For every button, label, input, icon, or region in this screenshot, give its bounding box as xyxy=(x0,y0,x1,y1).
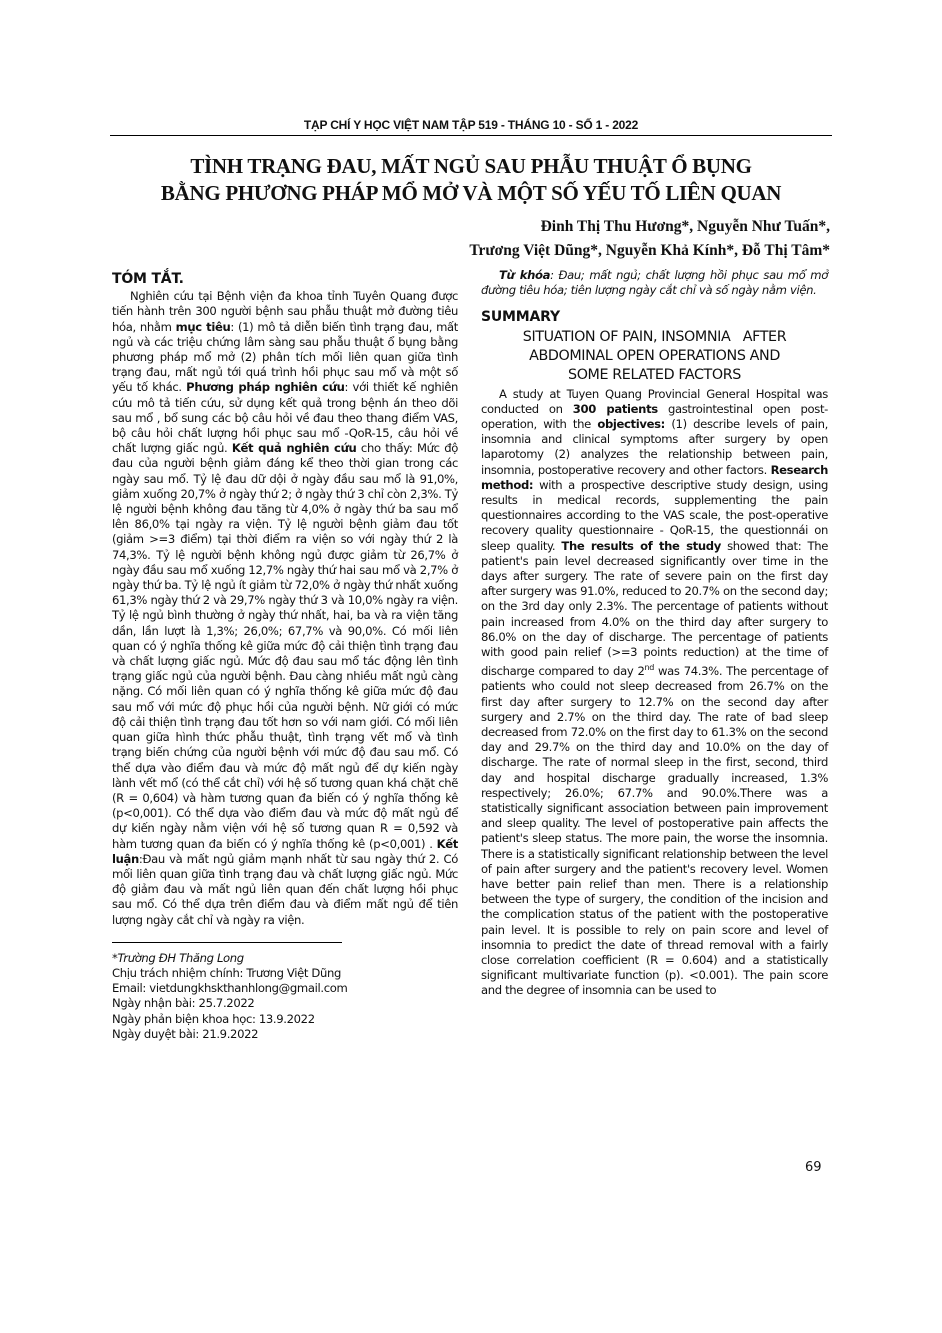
authors-line-1: Đinh Thị Thu Hương*, Nguyễn Như Tuấn*, xyxy=(230,215,830,239)
summary-heading: SUMMARY xyxy=(481,310,828,325)
running-head: TẠP CHÍ Y HỌC VIỆT NAM TẬP 519 - THÁNG 1… xyxy=(110,118,832,136)
email: Email: vietdungkhskthanhlong@gmail.com xyxy=(112,981,458,996)
summary-title: SITUATION OF PAIN, INSOMNIA AFTER ABDOMI… xyxy=(481,328,828,385)
keywords-label: Từ khóa xyxy=(499,268,550,282)
title-line-2: BẰNG PHƯƠNG PHÁP MỔ MỞ VÀ MỘT SỐ YẾU TỐ … xyxy=(110,180,832,207)
authors-line-2: Trương Việt Dũng*, Nguyễn Khả Kính*, Đỗ … xyxy=(230,239,830,263)
date-accepted: Ngày duyệt bài: 21.9.2022 xyxy=(112,1027,458,1042)
keywords-paragraph: Từ khóa: Đau; mất ngủ; chất lượng hồi ph… xyxy=(481,268,828,298)
page-number: 69 xyxy=(805,1160,822,1175)
abstract-vi-body: Nghiên cứu tại Bệnh viện đa khoa tỉnh Tu… xyxy=(112,289,458,928)
results-label: Kết quả nghiên cứu xyxy=(232,441,357,455)
affiliation: *Trường ĐH Thăng Long xyxy=(112,951,458,966)
corresponding-author: Chịu trách nhiệm chính: Trương Việt Dũng xyxy=(112,966,458,981)
method-label: Phương pháp nghiên cứu xyxy=(186,380,344,394)
journal-page: TẠP CHÍ Y HỌC VIỆT NAM TẬP 519 - THÁNG 1… xyxy=(0,0,942,1333)
objective-label: mục tiêu xyxy=(176,320,231,334)
article-title: TÌNH TRẠNG ĐAU, MẤT NGỦ SAU PHẪU THUẬT Ổ… xyxy=(110,153,832,207)
title-line-1: TÌNH TRẠNG ĐAU, MẤT NGỦ SAU PHẪU THUẬT Ổ… xyxy=(110,153,832,180)
left-column: TÓM TẮT. Nghiên cứu tại Bệnh viện đa kho… xyxy=(112,272,458,1042)
abstract-vi-heading: TÓM TẮT. xyxy=(112,272,458,287)
date-reviewed: Ngày phản biện khoa học: 13.9.2022 xyxy=(112,1012,458,1027)
date-received: Ngày nhận bài: 25.7.2022 xyxy=(112,996,458,1011)
right-column: Từ khóa: Đau; mất ngủ; chất lượng hồi ph… xyxy=(481,268,828,999)
footnote-divider xyxy=(112,942,342,943)
author-list: Đinh Thị Thu Hương*, Nguyễn Như Tuấn*, T… xyxy=(230,215,830,263)
summary-body: A study at Tuyen Quang Provincial Genera… xyxy=(481,387,828,999)
footnotes: *Trường ĐH Thăng Long Chịu trách nhiệm c… xyxy=(112,951,458,1042)
